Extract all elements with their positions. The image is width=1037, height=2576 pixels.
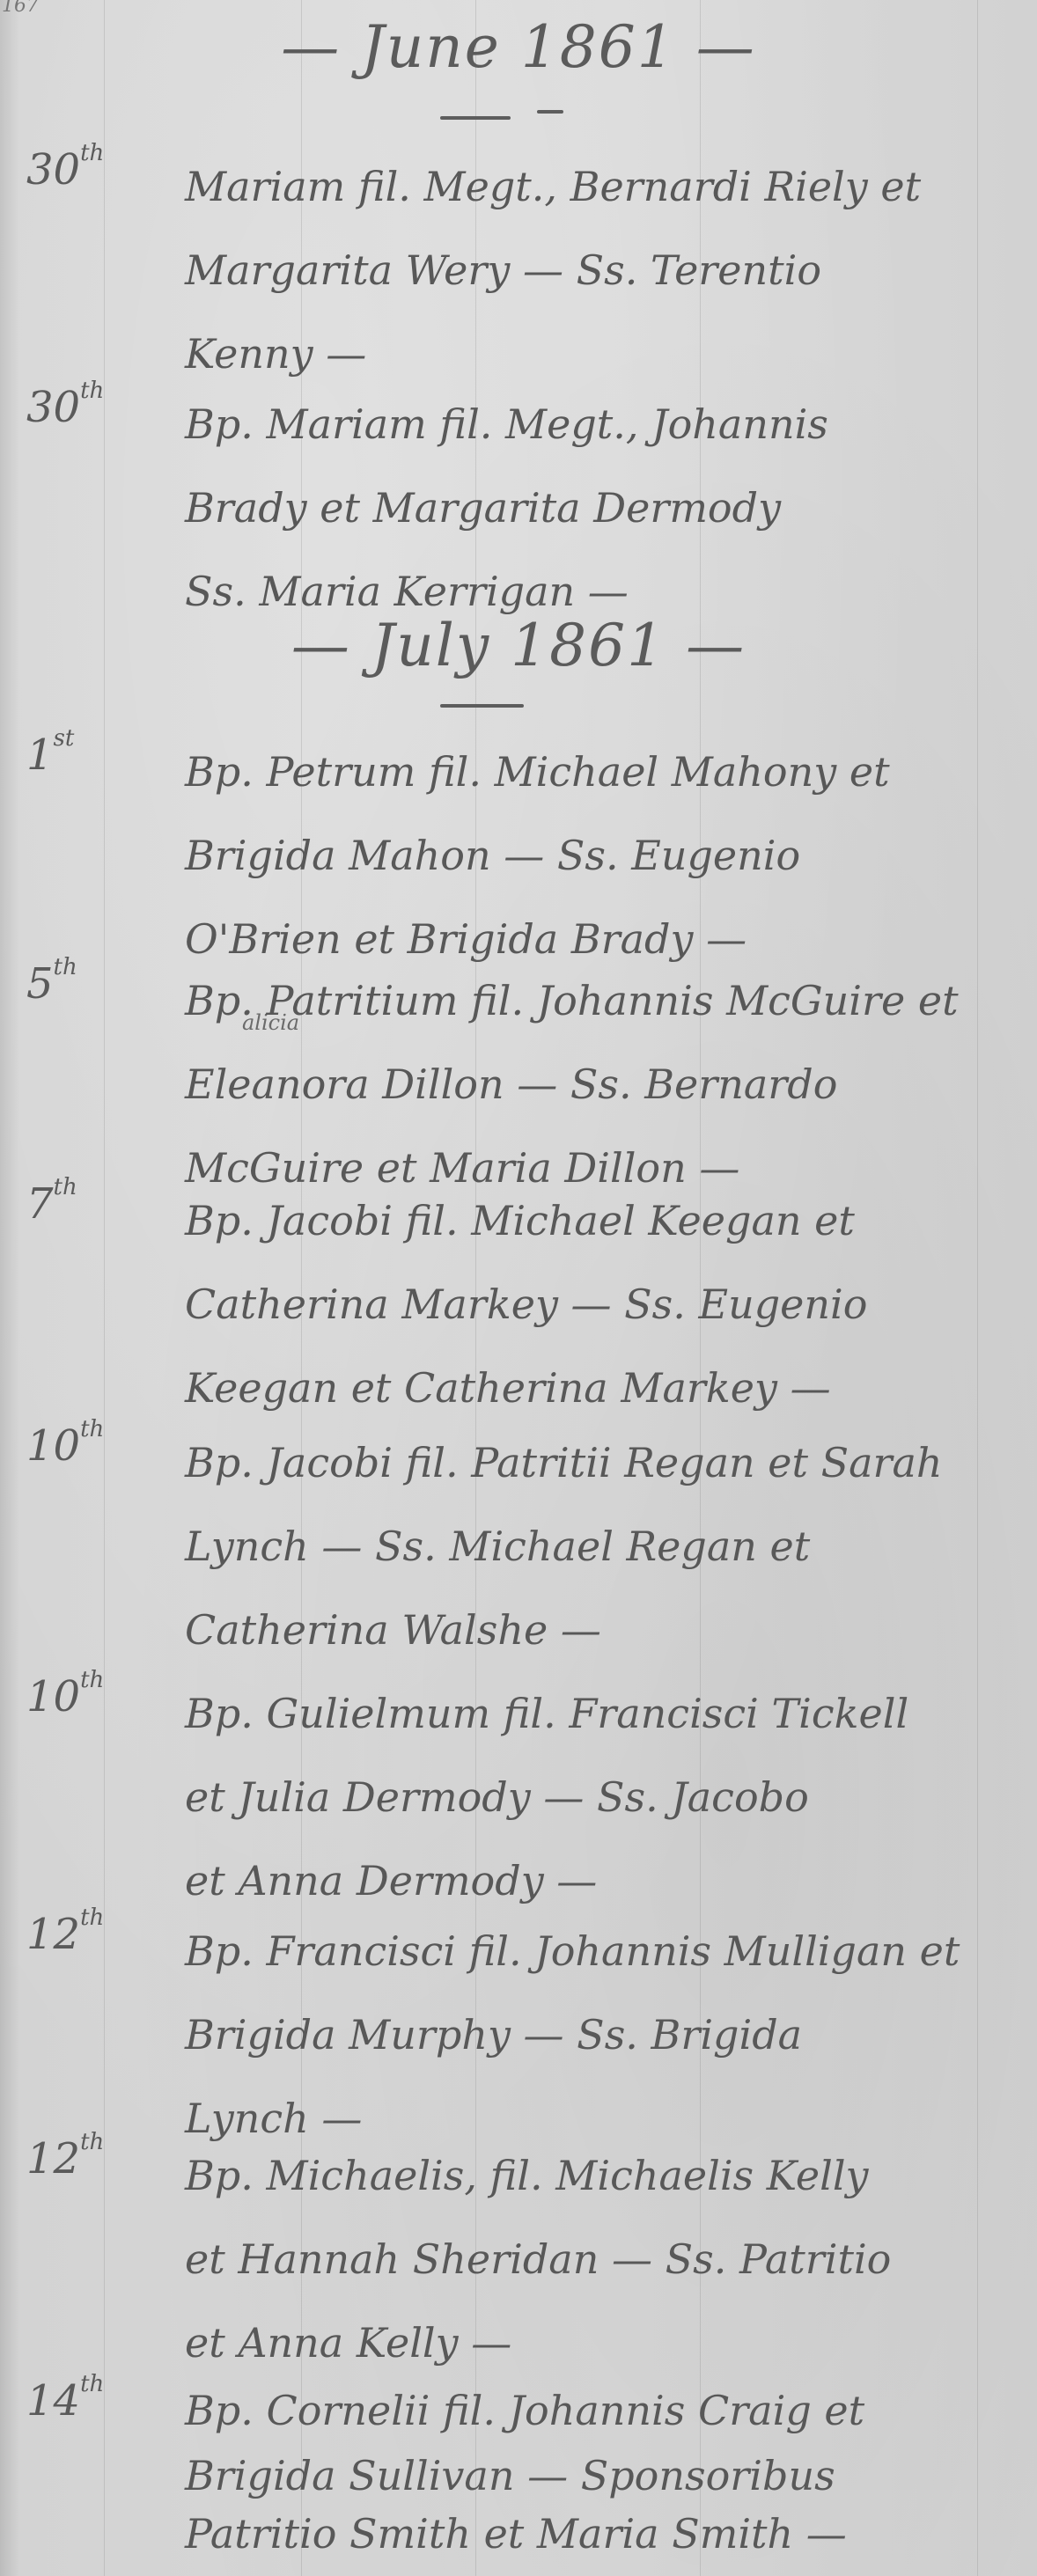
register-page: 167 — June 1861 — 30th Mariam fil. Megt.… [0,0,1037,2576]
entry-date: 12th [26,1910,104,1959]
entry-date: 30th [26,145,104,194]
entry-line: Bp. Cornelii fil. Johannis Craig et [185,2376,1012,2445]
entry-line: et Anna Kelly — [185,2301,1012,2385]
separator-dash [537,110,563,114]
entry-line: Brady et Margarita Dermody [185,466,1012,550]
entry-line: et Julia Dermody — Ss. Jacobo [185,1756,1012,1839]
entry-line: Brigida Sullivan — Sponsoribus [185,2445,1012,2506]
entry-line: Bp. Jacobi fil. Michael Keegan et [185,1179,1012,1263]
entry-line: Patritio Smith et Maria Smith — [185,2506,1012,2561]
entry-text: Bp. Patritium fil. Johannis McGuire et E… [185,959,1012,1210]
entry-date: 10th [26,1672,104,1721]
month-heading-july: — July 1861 — [0,612,1037,679]
entry-line: Bp. Francisci fil. Johannis Mulligan et [185,1910,1012,1993]
entry-line: et Hannah Sheridan — Ss. Patritio [185,2218,1012,2301]
entry-date: 30th [26,383,104,432]
entry-date: 1st [26,730,74,780]
entry-date: 14th [26,2376,104,2426]
entry-line: Lynch — Ss. Michael Regan et [185,1505,1012,1589]
month-heading-june: — June 1861 — [0,13,1037,81]
entry-line: Brigida Murphy — Ss. Brigida [185,1993,1012,2077]
entry-line: Catherina Markey — Ss. Eugenio [185,1263,1012,1347]
entry-text: Bp. Cornelii fil. Johannis Craig et Brig… [185,2376,1012,2561]
entry-line: Mariam fil. Megt., Bernardi Riely et [185,145,1012,229]
entry-line: Eleanora Dillon — Ss. Bernardo [185,1043,1012,1127]
entry-text: Bp. Gulielmum fil. Francisci Tickell et … [185,1672,1012,1923]
entry-date: 12th [26,2134,104,2183]
entry-date: 5th [26,959,77,1009]
separator-dash [440,116,511,120]
entry-text: Bp. Michaelis, fil. Michaelis Kelly et H… [185,2134,1012,2385]
entry-line: Bp. Michaelis, fil. Michaelis Kelly [185,2134,1012,2218]
entry-line: Bp. Jacobi fil. Patritii Regan et Sarah [185,1421,1012,1505]
entry-text: Bp. Petrum fil. Michael Mahony et Brigid… [185,730,1012,981]
entry-line: Keegan et Catherina Markey — [185,1347,1012,1430]
entry-text: Mariam fil. Megt., Bernardi Riely et Mar… [185,145,1012,396]
entry-line: Bp. Gulielmum fil. Francisci Tickell [185,1672,1012,1756]
entry-text: Bp. Jacobi fil. Michael Keegan et Cather… [185,1179,1012,1430]
entry-line: Brigida Mahon — Ss. Eugenio [185,814,1012,898]
entry-text: Bp. Jacobi fil. Patritii Regan et Sarah … [185,1421,1012,1672]
entry-line: Bp. Mariam fil. Megt., Johannis [185,383,1012,466]
separator-dash [440,704,524,708]
entry-line: Bp. Petrum fil. Michael Mahony et [185,730,1012,814]
entry-text: Bp. Francisci fil. Johannis Mulligan et … [185,1910,1012,2161]
entry-line: Bp. Patritium fil. Johannis McGuire et [185,959,1012,1043]
entry-text: Bp. Mariam fil. Megt., Johannis Brady et… [185,383,1012,634]
entry-line: Catherina Walshe — [185,1589,1012,1672]
entry-date: 10th [26,1421,104,1471]
entry-line: Margarita Wery — Ss. Terentio [185,229,1012,312]
entry-date: 7th [26,1179,77,1229]
